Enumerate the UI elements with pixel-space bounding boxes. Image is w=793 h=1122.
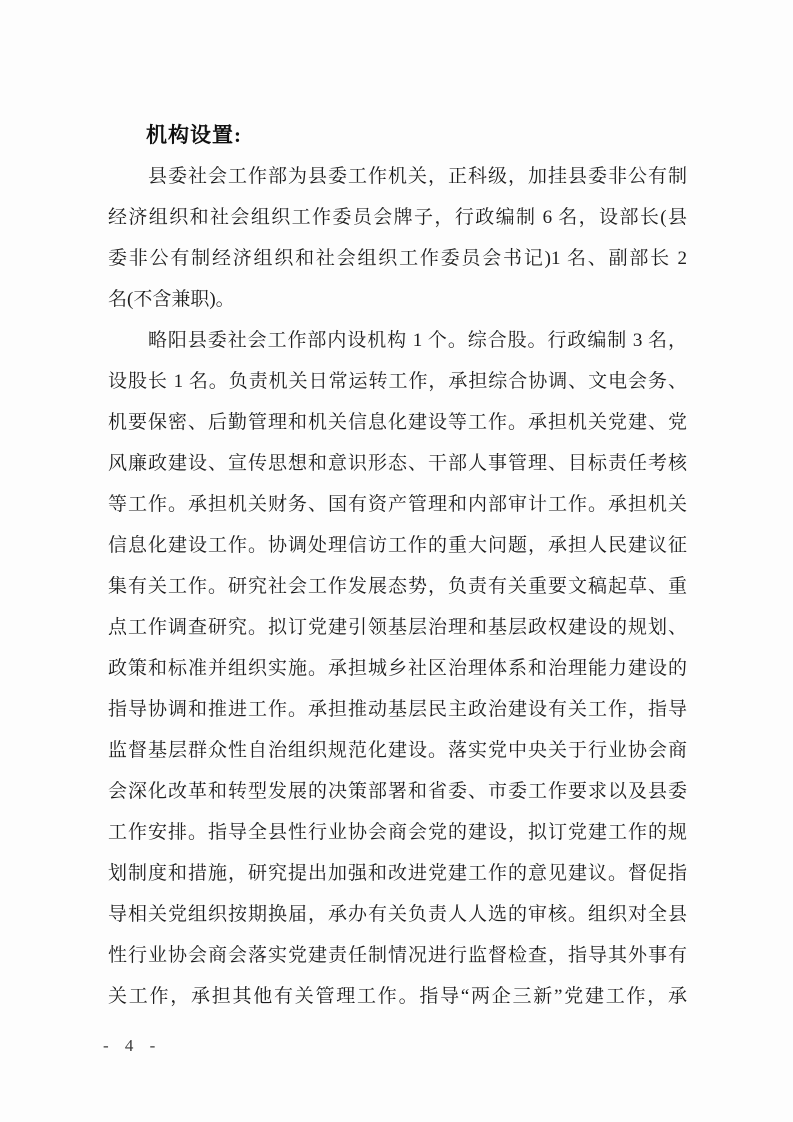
page-number: - 4 - — [103, 1036, 161, 1056]
paragraph: 县委社会工作部为县委工作机关，正科级，加挂县委非公有制经济组织和社会组织工作委员… — [108, 156, 687, 320]
document-content: 机构设置: 县委社会工作部为县委工作机关，正科级，加挂县委非公有制经济组织和社会… — [108, 115, 687, 1017]
text-line: 委非公有制经济组织和社会组织工作委员会书记)1 名、副部长 2 — [108, 238, 687, 279]
text-line: 指导协调和推进工作。承担推动基层民主政治建设有关工作，指导 — [108, 689, 687, 730]
section-heading: 机构设置: — [108, 115, 687, 156]
text-line: 名(不含兼职)。 — [108, 279, 687, 320]
text-line: 导相关党组织按期换届，承办有关负责人人选的审核。组织对全县 — [108, 894, 687, 935]
text-line: 工作安排。指导全县性行业协会商会党的建设，拟订党建工作的规 — [108, 812, 687, 853]
text-line: 会深化改革和转型发展的决策部署和省委、市委工作要求以及县委 — [108, 771, 687, 812]
text-line: 等工作。承担机关财务、国有资产管理和内部审计工作。承担机关 — [108, 484, 687, 525]
text-line: 经济组织和社会组织工作委员会牌子，行政编制 6 名，设部长(县 — [108, 197, 687, 238]
paragraph: 略阳县委社会工作部内设机构 1 个。综合股。行政编制 3 名，设股长 1 名。负… — [108, 320, 687, 1017]
text-line: 监督基层群众性自治组织规范化建设。落实党中央关于行业协会商 — [108, 730, 687, 771]
text-line: 风廉政建设、宣传思想和意识形态、干部人事管理、目标责任考核 — [108, 443, 687, 484]
text-line: 设股长 1 名。负责机关日常运转工作，承担综合协调、文电会务、 — [108, 361, 687, 402]
text-line: 县委社会工作部为县委工作机关，正科级，加挂县委非公有制 — [108, 156, 687, 197]
text-line: 信息化建设工作。协调处理信访工作的重大问题，承担人民建议征 — [108, 525, 687, 566]
text-line: 划制度和措施，研究提出加强和改进党建工作的意见建议。督促指 — [108, 853, 687, 894]
text-line: 集有关工作。研究社会工作发展态势，负责有关重要文稿起草、重 — [108, 566, 687, 607]
text-line: 性行业协会商会落实党建责任制情况进行监督检查，指导其外事有 — [108, 935, 687, 976]
text-line: 略阳县委社会工作部内设机构 1 个。综合股。行政编制 3 名， — [108, 320, 687, 361]
text-line: 机要保密、后勤管理和机关信息化建设等工作。承担机关党建、党 — [108, 402, 687, 443]
document-page: 机构设置: 县委社会工作部为县委工作机关，正科级，加挂县委非公有制经济组织和社会… — [0, 0, 793, 1122]
document-body: 县委社会工作部为县委工作机关，正科级，加挂县委非公有制经济组织和社会组织工作委员… — [108, 156, 687, 1017]
text-line: 关工作，承担其他有关管理工作。指导“两企三新”党建工作，承 — [108, 976, 687, 1017]
text-line: 政策和标准并组织实施。承担城乡社区治理体系和治理能力建设的 — [108, 648, 687, 689]
text-line: 点工作调查研究。拟订党建引领基层治理和基层政权建设的规划、 — [108, 607, 687, 648]
